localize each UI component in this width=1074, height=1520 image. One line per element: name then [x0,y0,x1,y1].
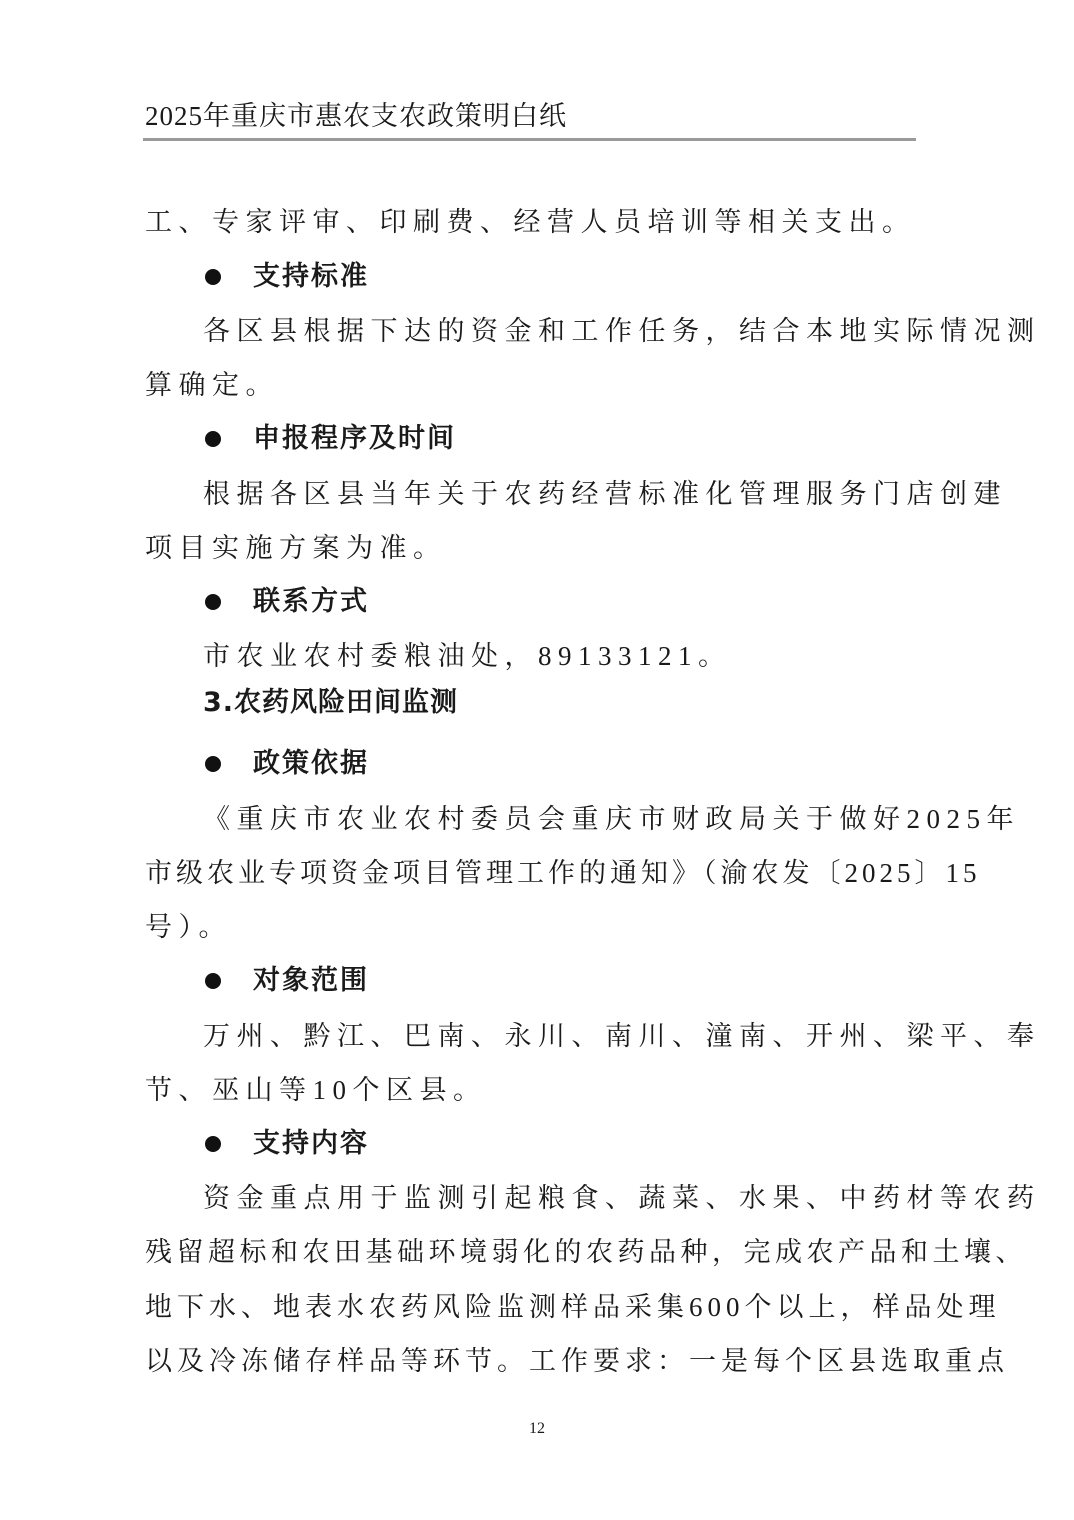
header-divider [143,138,916,141]
section-heading-policy-basis: 政策依据 [203,746,369,782]
bullet-dot-icon [205,756,221,772]
body-text-line: 以及冷冻储存样品等环节。工作要求：一是每个区县选取重点 [145,1343,920,1379]
section-heading-scope: 对象范围 [203,963,369,999]
section-heading-label: 对象范围 [253,963,369,999]
section-heading-label: 支持标准 [253,259,369,295]
body-text-line: 算确定。 [145,367,920,403]
section-heading-label: 申报程序及时间 [253,421,456,457]
body-text-line: 市级农业专项资金项目管理工作的通知》（渝农发〔2025〕15 [145,855,920,891]
section-heading-label: 联系方式 [253,584,369,620]
contact-text-line: 市农业农村委粮油处，89133121。 [203,638,978,674]
body-text-line: 号）。 [145,909,920,945]
body-text-line: 地下水、地表水农药风险监测样品采集600个以上，样品处理 [145,1289,920,1325]
bullet-dot-icon [205,594,221,610]
section-heading-label: 政策依据 [253,746,369,782]
document-header-title: 2025年重庆市惠农支农政策明白纸 [145,98,567,134]
bullet-dot-icon [205,1136,221,1152]
body-text-line: 《重庆市农业农村委员会重庆市财政局关于做好2025年 [203,801,978,837]
page-number: 12 [0,1420,1074,1438]
body-text-line: 工、专家评审、印刷费、经营人员培训等相关支出。 [145,204,920,240]
body-text-line: 各区县根据下达的资金和工作任务，结合本地实际情况测 [203,313,978,349]
bullet-dot-icon [205,269,221,285]
body-text-line: 资金重点用于监测引起粮食、蔬菜、水果、中药材等农药 [203,1180,978,1216]
subsection-title: 3.农药风险田间监测 [203,685,458,721]
section-heading-support-content: 支持内容 [203,1126,369,1162]
bullet-dot-icon [205,973,221,989]
body-text-line: 根据各区县当年关于农药经营标准化管理服务门店创建 [203,476,978,512]
body-text-line: 项目实施方案为准。 [145,530,920,566]
body-text-line: 残留超标和农田基础环境弱化的农药品种，完成农产品和土壤、 [145,1234,920,1270]
section-heading-application: 申报程序及时间 [203,421,456,457]
body-text-line: 节、巫山等10个区县。 [145,1072,920,1108]
section-heading-support-standard: 支持标准 [203,259,369,295]
section-heading-label: 支持内容 [253,1126,369,1162]
body-text-line: 万州、黔江、巴南、永川、南川、潼南、开州、梁平、奉 [203,1018,978,1054]
bullet-dot-icon [205,431,221,447]
section-heading-contact: 联系方式 [203,584,369,620]
